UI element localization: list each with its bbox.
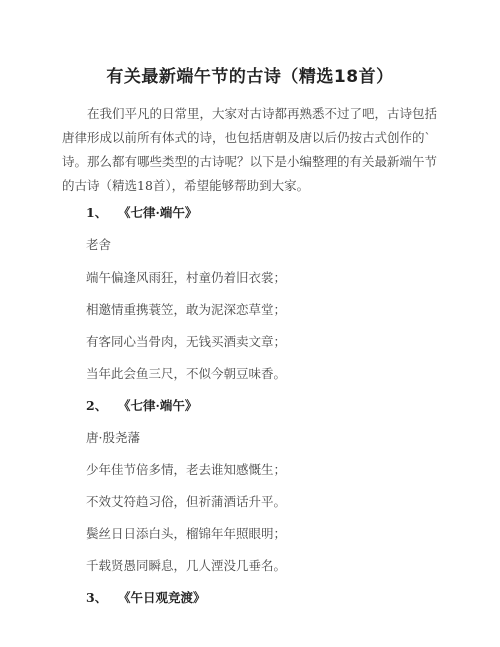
poem-line: 鬓丝日日添白头，榴锦年年照眼明； xyxy=(86,524,286,542)
poem-heading-2: 2、《七律·端午》 xyxy=(86,396,197,414)
poem-number: 2、 xyxy=(86,396,118,414)
poem-title: 《七律·端午》 xyxy=(118,205,197,220)
poem-author: 老舍 xyxy=(86,235,111,253)
poem-line: 端午偏逢风雨狂，村童仍着旧衣裳； xyxy=(86,268,286,286)
intro-paragraph: 在我们平凡的日常里，大家对古诗都再熟悉不过了吧，古诗包括唐律形成以前所有体式的诗… xyxy=(62,102,442,198)
poem-line: 相邀情重携蓑笠，敢为泥深恋草堂； xyxy=(86,300,286,318)
poem-number: 3、 xyxy=(86,588,118,606)
poem-line: 有客同心当骨肉，无钱买酒卖文章； xyxy=(86,332,286,350)
poem-line: 千载贤愚同瞬息，几人湮没几垂名。 xyxy=(86,556,286,574)
poem-line: 当年此会鱼三尺，不似今朝豆味香。 xyxy=(86,364,286,382)
poem-line: 少年佳节倍多情，老去谁知感慨生； xyxy=(86,460,286,478)
poem-heading-3: 3、《午日观竞渡》 xyxy=(86,588,206,606)
poem-number: 1、 xyxy=(86,203,118,221)
poem-title: 《午日观竞渡》 xyxy=(118,590,206,605)
poem-title: 《七律·端午》 xyxy=(118,398,197,413)
poem-heading-1: 1、《七律·端午》 xyxy=(86,203,197,221)
poem-line: 不效艾符趋习俗，但祈蒲酒话升平。 xyxy=(86,492,286,510)
poem-author: 唐·殷尧藩 xyxy=(86,428,140,446)
document-title: 有关最新端午节的古诗（精选18首） xyxy=(0,62,500,87)
